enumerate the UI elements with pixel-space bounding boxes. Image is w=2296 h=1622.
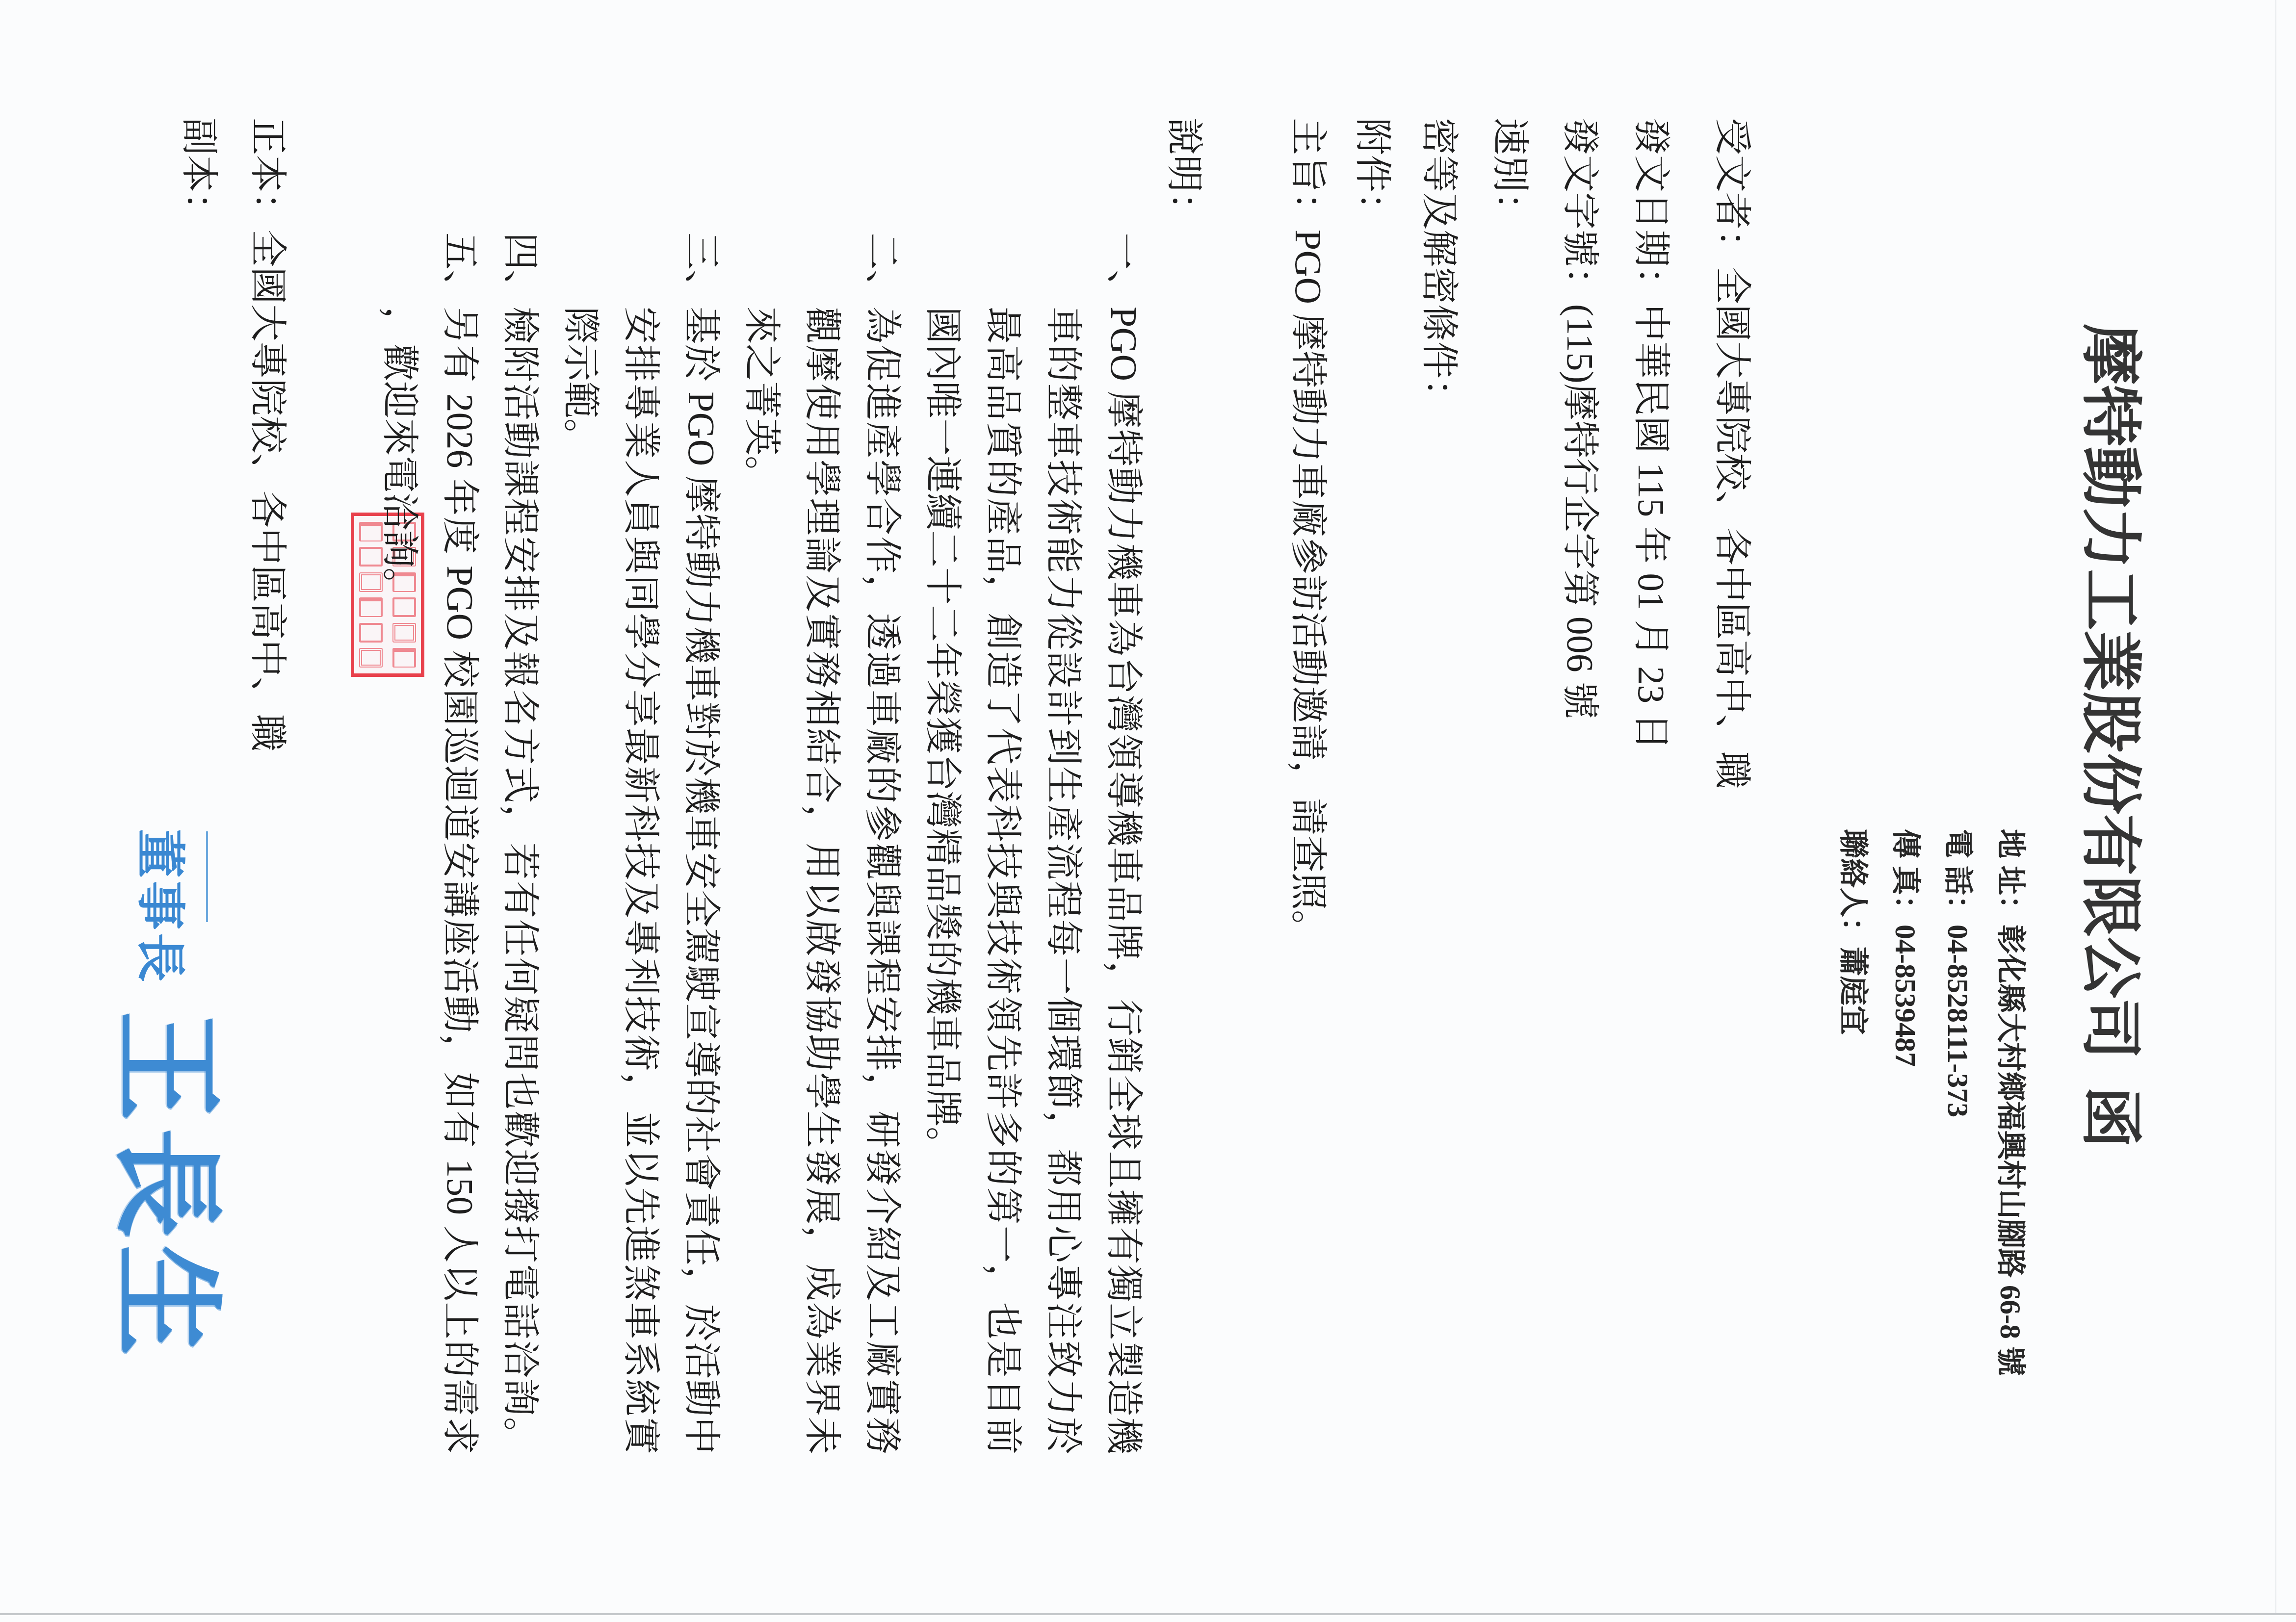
explanation-item-1-number: 一、: [1104, 232, 1143, 307]
company-name-title: 摩特動力工業股份有限公司: [2079, 324, 2140, 1059]
contact-address: 地 址：彰化縣大村鄉福興村山腳路 66-8 號: [1996, 829, 2025, 1376]
signature-name: 王長生: [109, 1010, 222, 1362]
explanation-item-4-line-1: 檢附活動課程安排及報名方式，若有任何疑問也歡迎撥打電話洽詢。: [501, 307, 539, 1454]
explanation-item-5-line-1: 另有 2026 年度 PGO 校園巡迴道安講座活動，如有 150 人以上的需求: [441, 307, 479, 1454]
seal-glyph: [359, 648, 383, 668]
distribution-copy-label: 副本：: [178, 118, 219, 230]
distribution-original-value: 全國大專院校、各中區高中、職: [247, 230, 288, 751]
explanation-item-1-line-1: PGO 摩特動力機車為台灣領導機車品牌，行銷全球且擁有獨立製造機: [1104, 307, 1143, 1454]
explanation-item-1-line-3: 最高品質的產品，創造了代表科技與技術領先許多的第一，也是目前: [984, 307, 1022, 1454]
contact-person-value: 蕭庭宜: [1837, 947, 1869, 1035]
field-classification: 密等及解密條件：: [1420, 118, 1458, 416]
contact-phone-label: 電 話：: [1942, 829, 1974, 925]
distribution-original-label: 正本：: [247, 118, 288, 230]
explanation-item-2-line-1: 為促進產學合作，透過車廠的參觀與課程安排，研發介紹及工廠實務: [863, 307, 901, 1454]
field-date: 發文日期：中華民國 115 年 01 月 23 日: [1632, 118, 1670, 750]
field-subject: 主旨：PGO 摩特動力車廠參訪活動邀請，請查照。: [1289, 118, 1327, 947]
explanation-item-1-line-4: 國內唯一連續二十二年榮獲台灣精品獎的機車品牌。: [923, 307, 962, 1164]
explanation-item-3-number: 三、: [682, 232, 720, 307]
field-classification-label: 密等及解密條件：: [1418, 118, 1460, 416]
explanation-item-3-line-3: 際示範。: [561, 307, 600, 456]
explanation-item-4-number: 四、: [501, 232, 539, 307]
explanation-item-2-number: 二、: [863, 232, 901, 307]
contact-fax-value: 04-8539487: [1889, 925, 1922, 1067]
field-attachment: 附件：: [1353, 118, 1391, 230]
explanation-label: 說明：: [1165, 118, 1203, 230]
explanation-item-3-line-1: 基於 PGO 摩特動力機車對於機車安全駕駛宣導的社會責任，於活動中: [682, 307, 720, 1454]
contact-phone-value: 04-8528111-373: [1942, 925, 1974, 1117]
explanation-item-3-line-2: 安排專業人員與同學分享最新科技及專利技術，並以先進煞車系統實: [622, 307, 660, 1454]
field-attachment-label: 附件：: [1352, 118, 1393, 230]
signature-title: 董事長: [132, 829, 186, 985]
seal-glyph: [359, 623, 383, 643]
field-recipient-value: 全國大專院校、各中區高中、職: [1711, 267, 1752, 789]
document-type-title: 函: [2079, 1086, 2140, 1148]
field-date-value: 中華民國 115 年 01 月 23 日: [1630, 304, 1671, 750]
contact-address-value: 彰化縣大村鄉福興村山腳路 66-8 號: [1994, 925, 2027, 1376]
field-doc-number: 發文字號：(115)摩特行企字第 006 號: [1561, 118, 1599, 719]
distribution-copy: 副本：: [180, 118, 218, 230]
field-recipient-label: 受文者：: [1711, 118, 1752, 267]
explanation-item-2-line-2: 觀摩使用學理論及實務相結合，用以啟發協助學生發展，成為業界未: [803, 307, 841, 1454]
field-speed: 速別：: [1490, 118, 1529, 230]
explanation-item-1-line-2: 車的整車技術能力從設計到生產流程每一個環節，都用心專注致力於: [1044, 307, 1082, 1454]
seal-glyph: [392, 623, 416, 643]
field-recipient: 受文者：全國大專院校、各中區高中、職: [1713, 118, 1751, 789]
contact-person: 聯絡人：蕭庭宜: [1838, 829, 1868, 1035]
field-date-label: 發文日期：: [1630, 118, 1671, 304]
field-speed-label: 速別：: [1489, 118, 1530, 230]
explanation-item-5-number: 五、: [441, 232, 479, 307]
contact-phone: 電 話：04-8528111-373: [1943, 829, 1973, 1117]
explanation-item-5-line-2: ，歡迎來電洽詢。: [380, 307, 418, 605]
field-subject-label: 主旨：: [1287, 118, 1329, 230]
distribution-original: 正本：全國大專院校、各中區高中、職: [248, 118, 287, 751]
explanation-item-2-line-3: 來之菁英。: [742, 307, 781, 493]
document-page: 摩特動力工業股份有限公司 函 地 址：彰化縣大村鄉福興村山腳路 66-8 號 電…: [0, 0, 2296, 1622]
contact-fax: 傳 真：04-8539487: [1891, 829, 1920, 1067]
field-doc-number-value: (115)摩特行企字第 006 號: [1559, 304, 1600, 719]
contact-person-label: 聯絡人：: [1837, 829, 1869, 947]
field-doc-number-label: 發文字號：: [1559, 118, 1600, 304]
field-subject-value: PGO 摩特動力車廠參訪活動邀請，請查照。: [1287, 230, 1329, 947]
signature-stamp-line: [206, 831, 208, 922]
seal-glyph: [392, 648, 416, 668]
contact-fax-label: 傳 真：: [1889, 829, 1922, 925]
contact-address-label: 地 址：: [1994, 829, 2027, 925]
